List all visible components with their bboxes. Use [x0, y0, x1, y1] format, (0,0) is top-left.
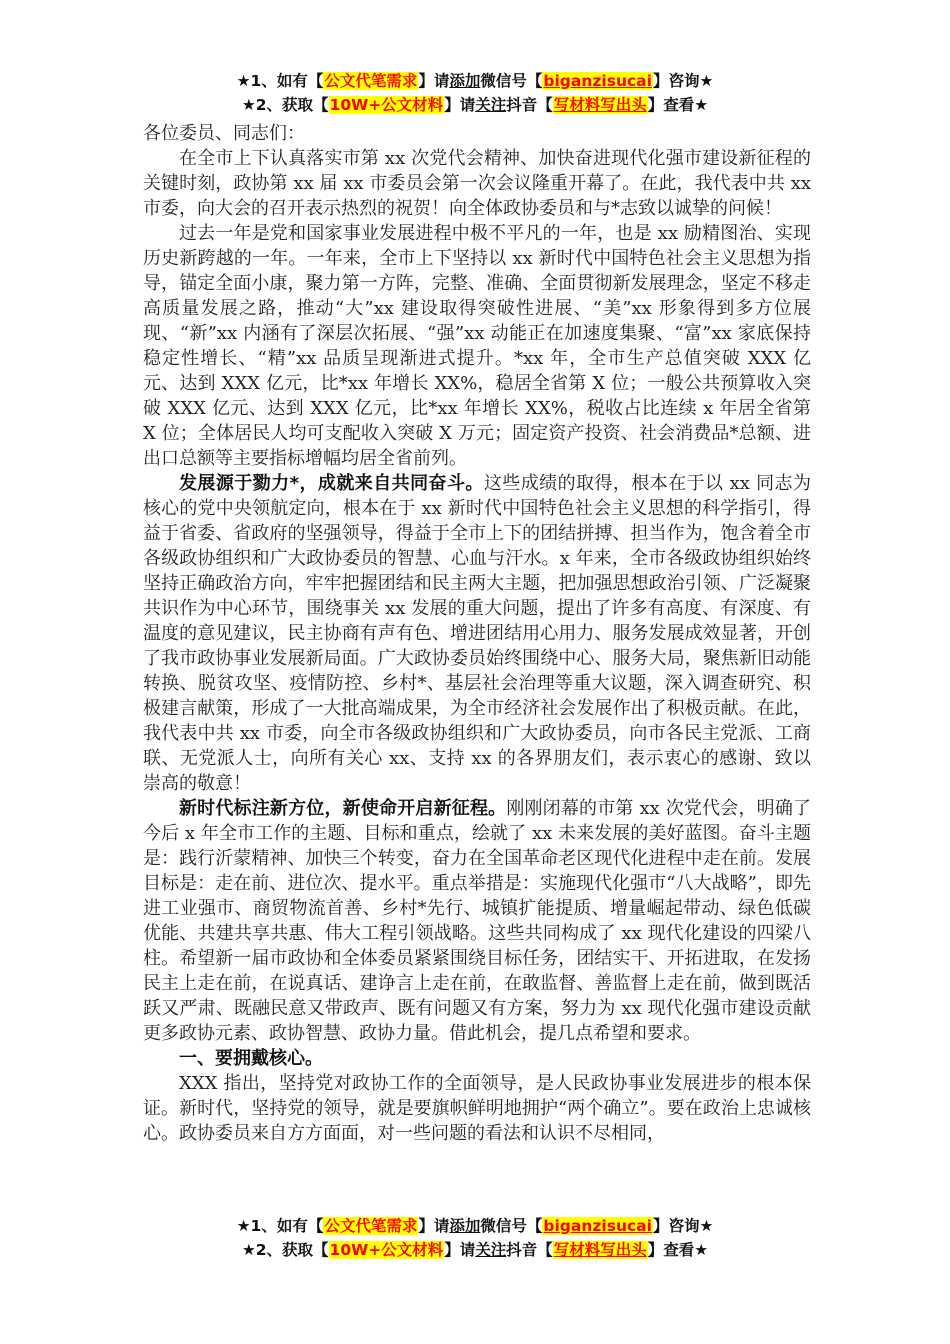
promo-line-2: ★2、获取【10W+公文材料】请关注抖音【写材料写出头】查看★	[0, 93, 950, 117]
promo-line-1: ★1、如有【公文代笔需求】请添加微信号【biganzisucai】咨询★	[0, 1214, 950, 1238]
paragraph-1: 在全市上下认真落实市第 xx 次党代会精神、加快奋进现代化强市建设新征程的关键时…	[143, 146, 811, 221]
promo-text: 】请	[444, 1241, 475, 1259]
promo-underlined: 关注	[475, 96, 506, 114]
promo-text: 】请	[418, 1217, 449, 1235]
highlight-materials: 10W+公文材料	[329, 1241, 445, 1259]
promo-text: 】查看★	[648, 96, 708, 114]
document-body: 各位委员、同志们： 在全市上下认真落实市第 xx 次党代会精神、加快奋进现代化强…	[143, 121, 811, 1146]
section-heading-1: 一、要拥戴核心。	[143, 1046, 811, 1071]
salutation: 各位委员、同志们：	[143, 121, 811, 146]
paragraph-2: 过去一年是党和国家事业发展进程中极不平凡的一年，也是 xx 励精图治、实现历史新…	[143, 221, 811, 471]
paragraph-4: 新时代标注新方位，新使命开启新征程。刚刚闭幕的市第 xx 次党代会，明确了今后 …	[143, 796, 811, 1046]
promo-text: 微信号【	[480, 72, 542, 90]
promo-banner-bottom: ★1、如有【公文代笔需求】请添加微信号【biganzisucai】咨询★ ★2、…	[0, 1214, 950, 1262]
paragraph-text: 刚刚闭幕的市第 xx 次党代会，明确了今后 x 年全市工作的主题、目标和重点，绘…	[143, 798, 811, 1044]
promo-text: ★2、获取【	[242, 96, 329, 114]
paragraph-text: 在全市上下认真落实市第 xx 次党代会精神、加快奋进现代化强市建设新征程的关键时…	[143, 148, 811, 219]
paragraph-text: 过去一年是党和国家事业发展进程中极不平凡的一年，也是 xx 励精图治、实现历史新…	[143, 223, 811, 469]
promo-text: ★2、获取【	[242, 1241, 329, 1259]
document-page: ★1、如有【公文代笔需求】请添加微信号【biganzisucai】咨询★ ★2、…	[0, 0, 950, 1344]
promo-text: 微信号【	[480, 1217, 542, 1235]
promo-text: 】请	[444, 96, 475, 114]
highlight-wechat-id: biganzisucai	[542, 1217, 653, 1235]
paragraph-text: 这些成绩的取得，根本在于以 xx 同志为核心的党中央领航定向，根本在于 xx 新…	[143, 473, 811, 794]
highlight-douyin-id: 写材料写出头	[553, 96, 648, 114]
highlight-wechat-id: biganzisucai	[542, 72, 653, 90]
promo-text: 】咨询★	[653, 1217, 713, 1235]
promo-line-2: ★2、获取【10W+公文材料】请关注抖音【写材料写出头】查看★	[0, 1238, 950, 1262]
promo-text: 抖音【	[506, 1241, 553, 1259]
promo-underlined: 关注	[475, 1241, 506, 1259]
promo-underlined: 添加	[449, 72, 480, 90]
section-heading: 一、要拥戴核心。	[179, 1048, 323, 1069]
highlight-materials: 10W+公文材料	[329, 96, 445, 114]
highlight-service: 公文代笔需求	[323, 72, 418, 90]
paragraph-text: XXX 指出，坚持党对政协工作的全面领导，是人民政协事业发展进步的根本保证。新时…	[143, 1073, 811, 1144]
paragraph-5: XXX 指出，坚持党对政协工作的全面领导，是人民政协事业发展进步的根本保证。新时…	[143, 1071, 811, 1146]
highlight-douyin-id: 写材料写出头	[553, 1241, 648, 1259]
promo-banner-top: ★1、如有【公文代笔需求】请添加微信号【biganzisucai】咨询★ ★2、…	[0, 69, 950, 117]
promo-line-1: ★1、如有【公文代笔需求】请添加微信号【biganzisucai】咨询★	[0, 69, 950, 93]
paragraph-3: 发展源于勠力*，成就来自共同奋斗。这些成绩的取得，根本在于以 xx 同志为核心的…	[143, 471, 811, 796]
promo-text: 】咨询★	[653, 72, 713, 90]
promo-underlined: 添加	[449, 1217, 480, 1235]
highlight-service: 公文代笔需求	[323, 1217, 418, 1235]
promo-text: 】查看★	[648, 1241, 708, 1259]
promo-text: ★1、如有【	[237, 1217, 324, 1235]
promo-text: 抖音【	[506, 96, 553, 114]
paragraph-lead: 新时代标注新方位，新使命开启新征程。	[179, 798, 506, 819]
promo-text: ★1、如有【	[237, 72, 324, 90]
paragraph-lead: 发展源于勠力*，成就来自共同奋斗。	[179, 473, 484, 494]
promo-text: 】请	[418, 72, 449, 90]
